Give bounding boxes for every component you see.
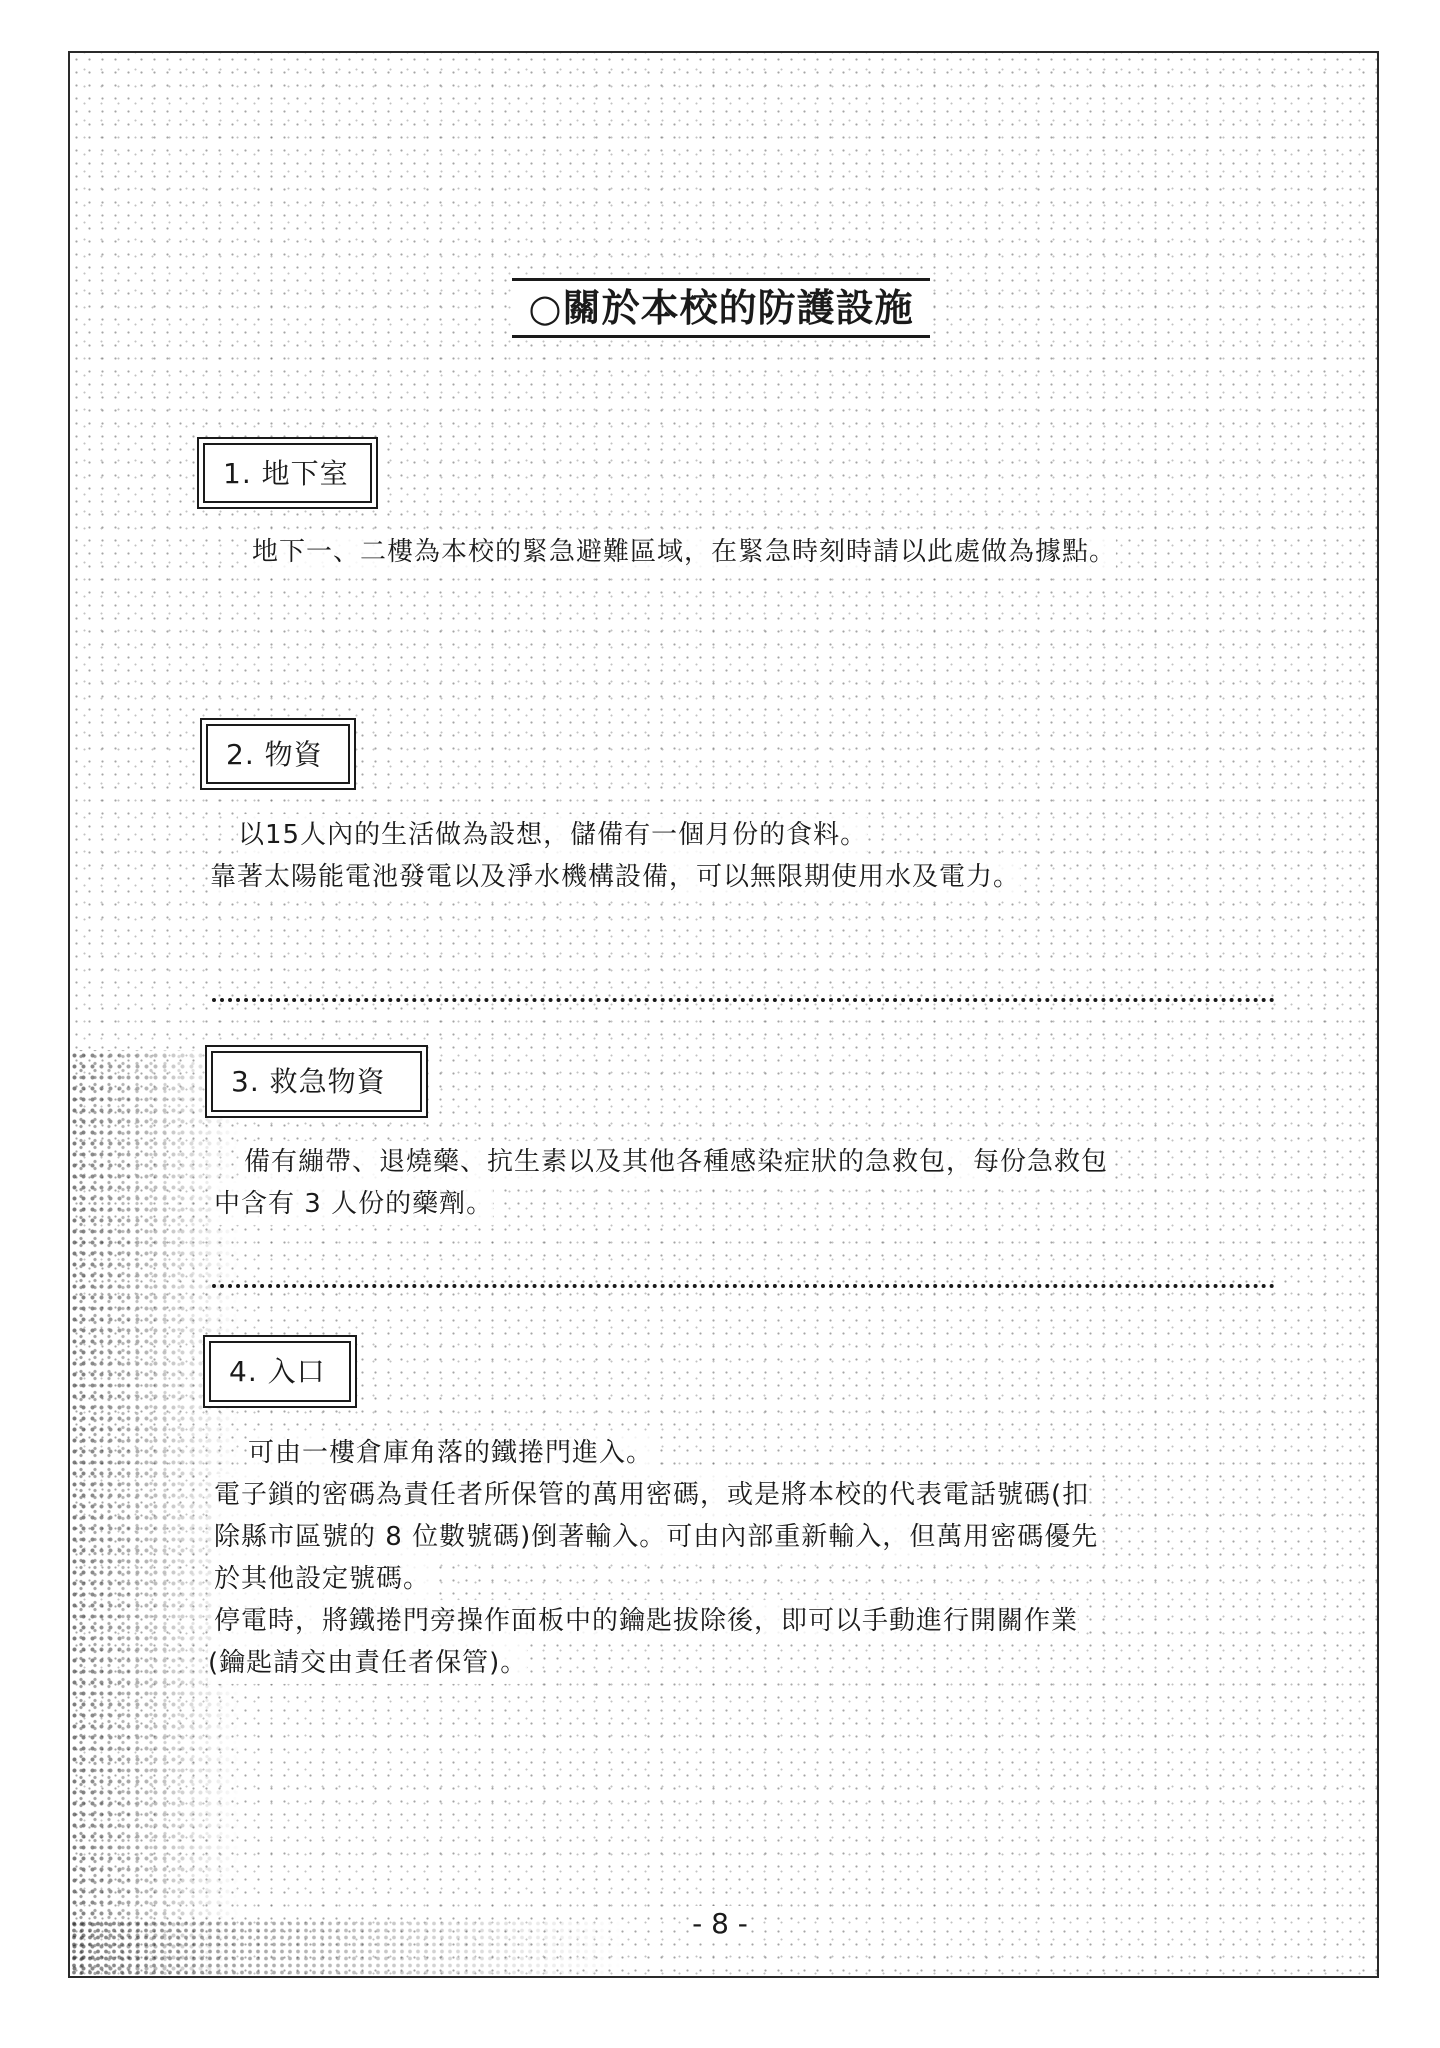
- section-heading-supplies: 2. 物資: [206, 724, 350, 784]
- page-title: ○關於本校的防護設施: [512, 278, 930, 338]
- section-text-entrance-line-3: 除縣市區號的 8 位數號碼)倒著輸入。可由內部重新輸入，但萬用密碼優先: [214, 1516, 1098, 1558]
- section-heading-box-first-aid: 3. 救急物資: [205, 1045, 428, 1118]
- section-heading-box-basement: 1. 地下室: [197, 437, 378, 509]
- section-heading-entrance: 4. 入口: [209, 1341, 351, 1402]
- section-text-first-aid-line-2: 中含有 3 人份的藥劑。: [214, 1183, 493, 1225]
- section-text-supplies-line-2: 靠著太陽能電池發電以及淨水機構設備，可以無限期使用水及電力。: [210, 856, 1020, 898]
- section-heading-first-aid: 3. 救急物資: [211, 1051, 422, 1112]
- dotted-divider-1: [212, 998, 1275, 1002]
- page-number: - 8 -: [690, 1906, 750, 1942]
- section-text-entrance-line-4: 於其他設定號碼。: [214, 1558, 430, 1600]
- section-text-entrance-line-1: 可由一樓倉庫角落的鐵捲門進入。: [248, 1432, 653, 1474]
- section-text-basement-line-1: 地下一、二樓為本校的緊急避難區域，在緊急時刻時請以此處做為據點。: [252, 531, 1116, 573]
- page-frame: [68, 51, 1379, 1978]
- section-heading-basement: 1. 地下室: [203, 443, 372, 503]
- ink-stain-decoration-bottom: [70, 1920, 630, 1976]
- section-text-entrance-line-2: 電子鎖的密碼為責任者所保管的萬用密碼，或是將本校的代表電話號碼(扣: [214, 1474, 1089, 1516]
- section-text-entrance-line-5: 停電時，將鐵捲門旁操作面板中的鑰匙拔除後，即可以手動進行開關作業: [214, 1600, 1078, 1642]
- section-text-supplies-line-1: 以15人內的生活做為設想，儲備有一個月份的食料。: [238, 814, 867, 856]
- section-heading-box-entrance: 4. 入口: [203, 1335, 357, 1408]
- section-heading-box-supplies: 2. 物資: [200, 718, 356, 790]
- dotted-divider-2: [212, 1284, 1275, 1288]
- section-text-entrance-line-6: (鑰匙請交由責任者保管)。: [208, 1642, 527, 1684]
- section-text-first-aid-line-1: 備有繃帶、退燒藥、抗生素以及其他各種感染症狀的急救包，每份急救包: [244, 1141, 1108, 1183]
